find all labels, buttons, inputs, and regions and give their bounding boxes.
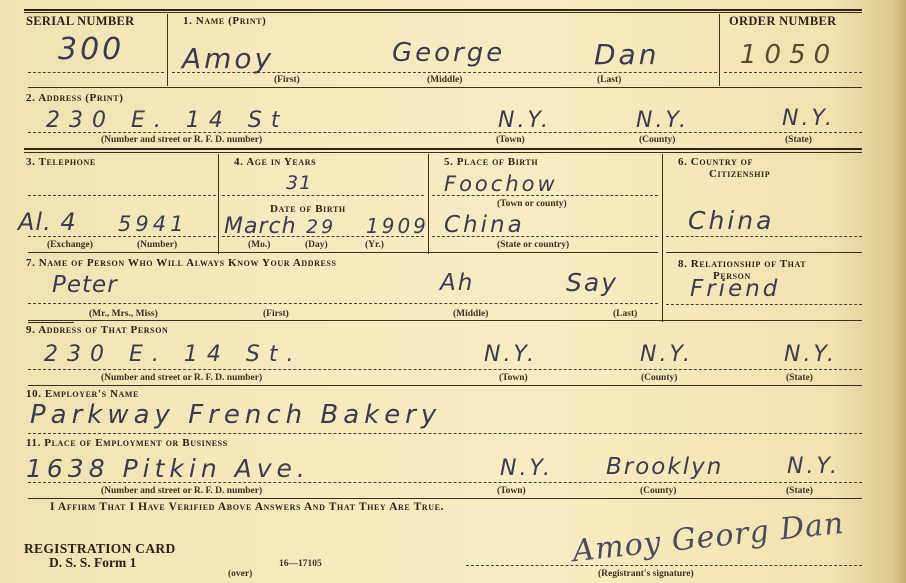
birthplace-country-line <box>432 236 658 237</box>
contact-county: N.Y. <box>640 342 693 367</box>
address-label: 2. Address (Print) <box>26 92 124 104</box>
employment-line <box>28 482 862 483</box>
name-middle: George <box>392 38 505 68</box>
day-caption: (Day) <box>305 240 328 250</box>
birthplace-label: 5. Place of Birth <box>444 156 538 168</box>
telephone-exchange: Al. 4 <box>18 208 77 236</box>
name-first: Amoy <box>182 42 274 75</box>
registration-card: SERIAL NUMBER 300 1. Name (Print) Amoy G… <box>0 0 906 583</box>
number-caption: (Number) <box>137 240 177 250</box>
serial-number-label: SERIAL NUMBER <box>26 14 134 29</box>
state-country-caption: (State or country) <box>497 240 569 250</box>
county-caption: (County) <box>639 135 675 145</box>
street-caption: (Number and street or R. F. D. number) <box>101 135 262 145</box>
state-caption: (State) <box>786 373 813 383</box>
row-rule <box>24 148 862 150</box>
employer-value: Parkway French Bakery <box>30 400 441 430</box>
form-code: 16—17105 <box>279 559 322 569</box>
signature-line <box>466 565 862 566</box>
county-caption: (County) <box>641 373 677 383</box>
middle-caption: (Middle) <box>427 75 462 85</box>
county-caption: (County) <box>640 486 676 496</box>
town-caption: (Town) <box>499 373 528 383</box>
row-rule-inner <box>24 152 862 153</box>
contact-address-label: 9. Address of That Person <box>26 324 168 336</box>
title-caption: (Mr., Mrs., Miss) <box>89 309 158 319</box>
contact-middle: Ah <box>440 270 474 296</box>
contact-town: N.Y. <box>484 342 537 367</box>
employment-town: N.Y. <box>500 456 553 481</box>
relationship-value: Friend <box>690 276 780 302</box>
top-rule-inner <box>24 12 862 13</box>
divider <box>167 14 168 86</box>
row-rule <box>28 87 862 88</box>
dob-day: 29 <box>306 216 336 238</box>
employer-label: 10. Employer's Name <box>26 388 139 400</box>
name-line <box>172 72 717 73</box>
citizenship-line <box>666 236 862 237</box>
over-note: (over) <box>228 569 252 579</box>
order-line <box>724 72 862 73</box>
state-caption: (State) <box>785 135 812 145</box>
serial-number-value: 300 <box>58 32 124 67</box>
contact-last-caption: (Last) <box>613 309 637 319</box>
contact-first: Peter <box>52 272 118 298</box>
contact-state: N.Y. <box>784 342 837 367</box>
year-caption: (Yr.) <box>365 240 384 250</box>
street-caption: (Number and street or R. F. D. number) <box>101 486 262 496</box>
employment-state: N.Y. <box>787 454 840 479</box>
dob-line <box>222 236 424 237</box>
employer-line <box>28 433 862 434</box>
address-street: 230 E. 14 St <box>46 108 288 133</box>
address-town: N.Y. <box>498 108 551 133</box>
top-rule <box>24 9 862 11</box>
contact-label: 7. Name of Person Who Will Always Know Y… <box>26 257 337 269</box>
town-caption: (Town) <box>496 135 525 145</box>
town-county-caption: (Town or county) <box>497 199 567 209</box>
serial-line <box>28 72 164 73</box>
employment-county: Brooklyn <box>606 454 723 480</box>
dob-year: 1909 <box>366 214 429 238</box>
divider <box>719 14 720 86</box>
exchange-caption: (Exchange) <box>47 240 93 250</box>
telephone-line <box>28 236 216 237</box>
signature-caption: (Registrant's signature) <box>598 569 694 579</box>
employment-street: 1638 Pitkin Ave. <box>26 454 310 483</box>
name-last: Dan <box>594 38 659 71</box>
address-state: N.Y. <box>782 106 835 131</box>
contact-address-line <box>28 369 862 370</box>
citizenship-value: China <box>688 206 774 235</box>
address-county: N.Y. <box>636 108 689 133</box>
last-caption: (Last) <box>597 75 621 85</box>
telephone-label: 3. Telephone <box>26 156 96 168</box>
row-rule <box>28 252 658 253</box>
divider <box>218 154 219 254</box>
state-caption: (State) <box>786 486 813 496</box>
address-line <box>28 132 862 133</box>
relationship-label: 8. Relationship of That <box>678 258 806 270</box>
row-rule <box>28 498 862 499</box>
order-number-value: 1050 <box>740 40 838 70</box>
birthplace-country: China <box>444 212 525 238</box>
row-rule <box>666 252 862 253</box>
title-underline <box>28 322 74 323</box>
telephone-number: 5941 <box>118 212 187 236</box>
divider <box>662 154 663 254</box>
affirmation-text: I Affirm That I Have Verified Above Answ… <box>50 501 444 513</box>
row-rule <box>28 320 862 321</box>
employment-place-label: 11. Place of Employment or Business <box>26 437 228 449</box>
month-caption: (Mo.) <box>248 240 270 250</box>
contact-first-caption: (First) <box>263 309 289 319</box>
form-number: D. S. S. Form 1 <box>49 555 136 571</box>
contact-street: 230 E. 14 St. <box>44 342 302 367</box>
telephone-top-line <box>28 195 216 196</box>
divider <box>428 154 429 254</box>
divider <box>662 254 663 322</box>
relationship-line <box>666 304 862 305</box>
citizenship-label: 6. Country of <box>678 156 753 168</box>
registrant-signature: Amoy Georg Dan <box>571 506 846 569</box>
age-value: 31 <box>286 172 312 194</box>
row-rule <box>28 385 862 386</box>
contact-middle-caption: (Middle) <box>453 309 488 319</box>
first-caption: (First) <box>274 75 300 85</box>
birthplace-town-line <box>432 195 658 196</box>
order-number-label: ORDER NUMBER <box>729 14 836 29</box>
street-caption: (Number and street or R. F. D. number) <box>101 373 262 383</box>
town-caption: (Town) <box>497 486 526 496</box>
age-label: 4. Age in Years <box>234 156 316 168</box>
age-line <box>222 195 424 196</box>
contact-line <box>28 303 658 304</box>
name-label: 1. Name (Print) <box>183 15 266 27</box>
paper-edge-shade <box>892 0 906 583</box>
citizenship-label-2: Citizenship <box>709 168 770 180</box>
birthplace-town: Foochow <box>444 172 558 196</box>
contact-last: Say <box>566 268 618 297</box>
